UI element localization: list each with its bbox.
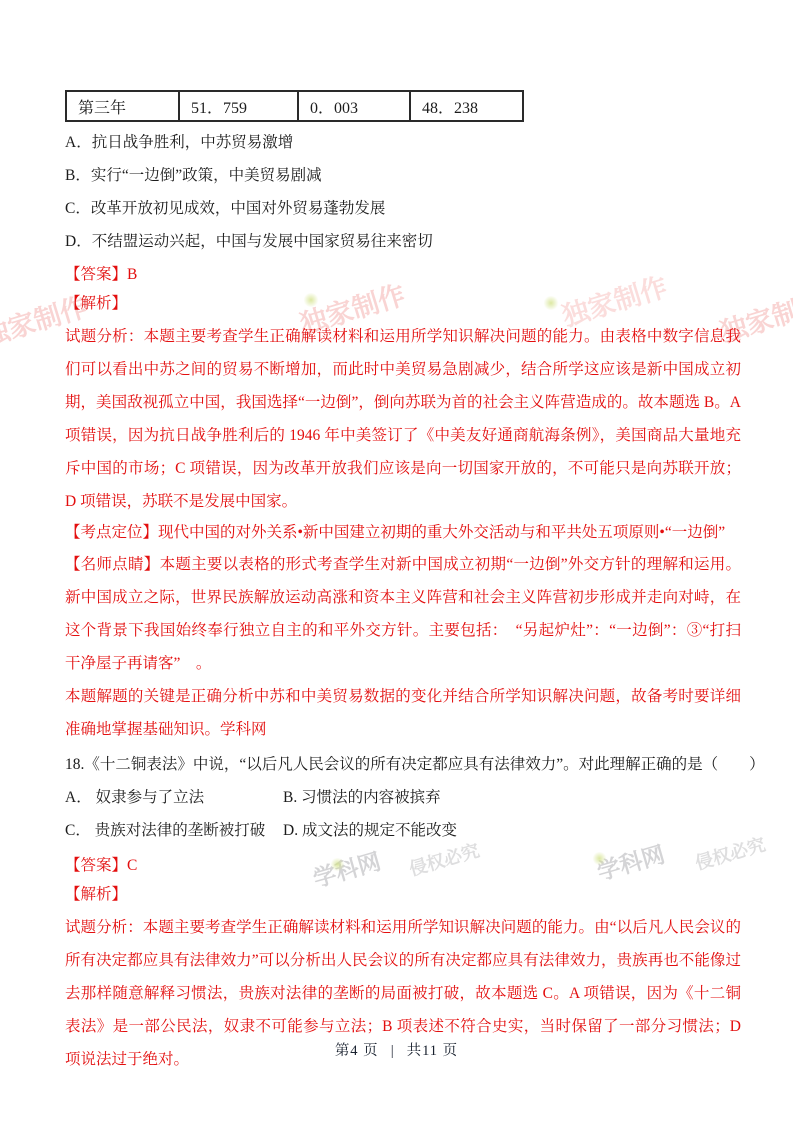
table-cell-ussr: 51．759 <box>179 91 298 121</box>
document-body: 第三年 51．759 0．003 48．238 A．抗日战争胜利，中苏贸易激增 … <box>65 0 741 1076</box>
q17-answer: 【答案】B <box>65 260 741 289</box>
q17-analysis-label: 【解析】 <box>65 289 741 318</box>
footer-total-pages: 共11 页 <box>407 1043 459 1059</box>
q18-options-row2: C． 贵族对法律的垄断被打破 D. 成文法的规定不能改变 <box>65 814 741 847</box>
trade-data-table: 第三年 51．759 0．003 48．238 <box>65 90 524 122</box>
table-cell-other: 48．238 <box>410 91 523 121</box>
table-cell-year: 第三年 <box>66 91 179 121</box>
q17-teacher-note: 【名师点睛】本题主要以表格的形式考查学生对新中国成立初期“一边倒”外交方针的理解… <box>65 548 741 680</box>
q18-options-row1: A． 奴隶参与了立法 B. 习惯法的内容被摈弃 <box>65 781 741 814</box>
q18-option-b: B. 习惯法的内容被摈弃 <box>283 781 441 814</box>
q18-analysis-label: 【解析】 <box>65 880 741 909</box>
q18-option-c: C． 贵族对法律的垄断被打破 <box>65 814 283 847</box>
q18-option-a: A． 奴隶参与了立法 <box>65 781 283 814</box>
q17-option-c: C．改革开放初见成效，中国对外贸易蓬勃发展 <box>65 192 741 225</box>
footer-separator: | <box>391 1043 395 1059</box>
q17-analysis-text: 试题分析：本题主要考查学生正确解读材料和运用所学知识解决问题的能力。由表格中数字… <box>65 320 741 518</box>
q18-option-d: D. 成文法的规定不能改变 <box>283 814 457 847</box>
q17-option-b: B．实行“一边倒”政策，中美贸易剧减 <box>65 159 741 192</box>
page-footer: 第4 页|共11 页 <box>0 1039 793 1060</box>
q17-option-d: D．不结盟运动兴起，中国与发展中国家贸易往来密切 <box>65 225 741 258</box>
table-cell-usa: 0．003 <box>298 91 410 121</box>
q17-option-a: A．抗日战争胜利，中苏贸易激增 <box>65 126 741 159</box>
exam-page: 独家制作 独家制作 独家制作 独家制作 学科网 侵权必究 学科网 侵权必究 第三… <box>0 0 793 1122</box>
q18-answer: 【答案】C <box>65 851 741 880</box>
q17-options: A．抗日战争胜利，中苏贸易激增 B．实行“一边倒”政策，中美贸易剧减 C．改革开… <box>65 126 741 258</box>
q17-exam-point: 【考点定位】现代中国的对外关系•新中国建立初期的重大外交活动与和平共处五项原则•… <box>65 518 741 548</box>
q17-key-note: 本题解题的关键是正确分析中苏和中美贸易数据的变化并结合所学知识解决问题，故备考时… <box>65 680 741 746</box>
table-row: 第三年 51．759 0．003 48．238 <box>66 91 523 121</box>
q18-stem: 18.《十二铜表法》中说，“以后凡人民会议的所有决定都应具有法律效力”。对此理解… <box>65 748 741 781</box>
footer-page-number: 第4 页 <box>335 1043 379 1059</box>
